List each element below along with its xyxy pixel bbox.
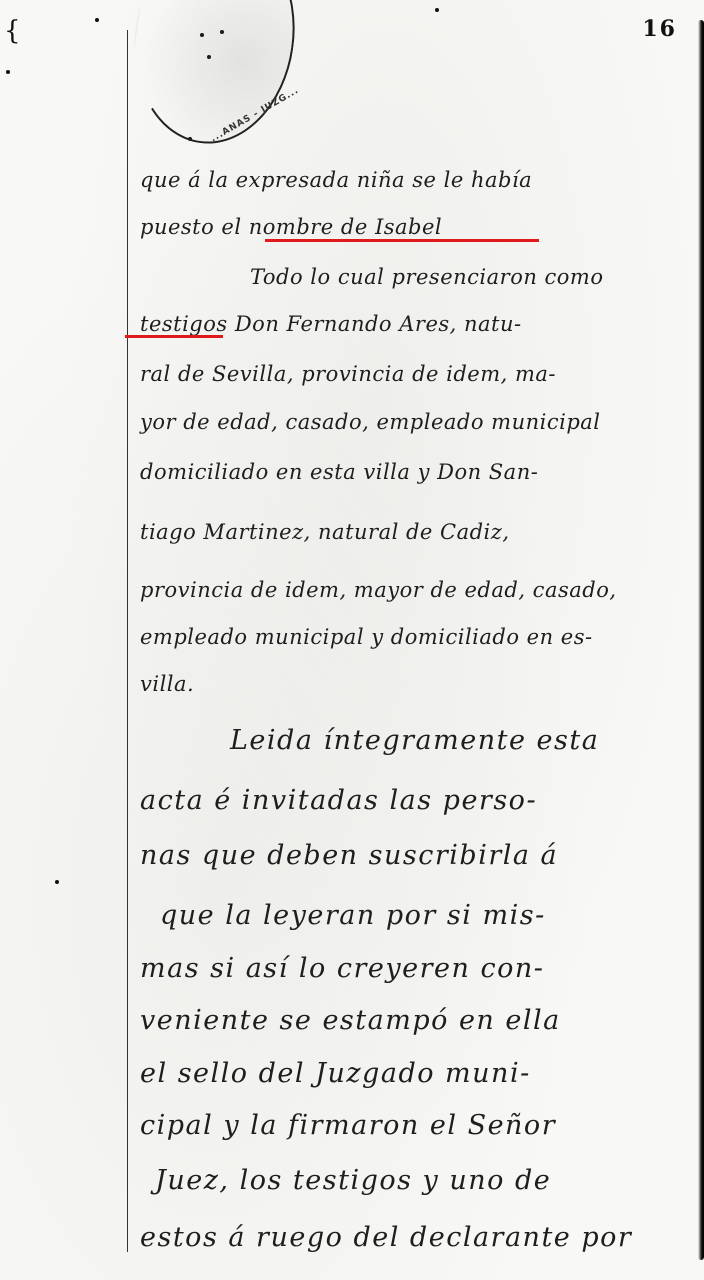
text-line: ral de Sevilla, provincia de idem, ma- [140,362,690,386]
text-line: que á la expresada niña se le había [140,168,690,192]
ink-speck [6,70,10,74]
text-line: acta é invitadas las perso- [140,785,690,816]
text-line: provincia de idem, mayor de edad, casado… [140,578,690,602]
text-line: cipal y la firmaron el Señor [140,1110,690,1141]
text-line: estos á ruego del declarante por [140,1222,690,1253]
text-line: villa. [140,672,690,696]
text-line: mas si así lo creyeren con- [140,953,690,984]
text-line: veniente se estampó en ella [140,1005,690,1036]
text-line: Todo lo cual presenciaron como [140,265,690,289]
text-line: domiciliado en esta villa y Don San- [140,460,690,484]
ink-speck [435,8,439,12]
ink-speck [95,18,99,22]
text-line: el sello del Juzgado muni- [140,1058,690,1089]
page-number: 16 [642,16,677,42]
text-line: empleado municipal y domiciliado en es- [140,625,690,649]
text-line: que la leyeran por si mis- [140,900,690,931]
margin-rule [127,30,128,1252]
red-underline-annotation [265,239,539,242]
text-line: testigos Don Fernando Ares, natu- [140,312,690,336]
text-line: Juez, los testigos y uno de [140,1165,690,1196]
document-page: { ...ANAS - JUZG... 16 que á la expresad… [0,0,704,1280]
text-line: yor de edad, casado, empleado municipal [140,410,690,434]
binding-shadow [698,20,704,1260]
ink-speck [55,880,59,884]
text-line: nas que deben suscribirla á [140,840,690,871]
text-line: Leida íntegramente esta [140,725,690,756]
text-line: puesto el nombre de Isabel [140,215,690,239]
margin-bracket-mark: { [4,16,21,46]
text-line: tiago Martinez, natural de Cadiz, [140,520,690,544]
red-underline-annotation [125,335,223,338]
ink-stamp [121,0,308,154]
